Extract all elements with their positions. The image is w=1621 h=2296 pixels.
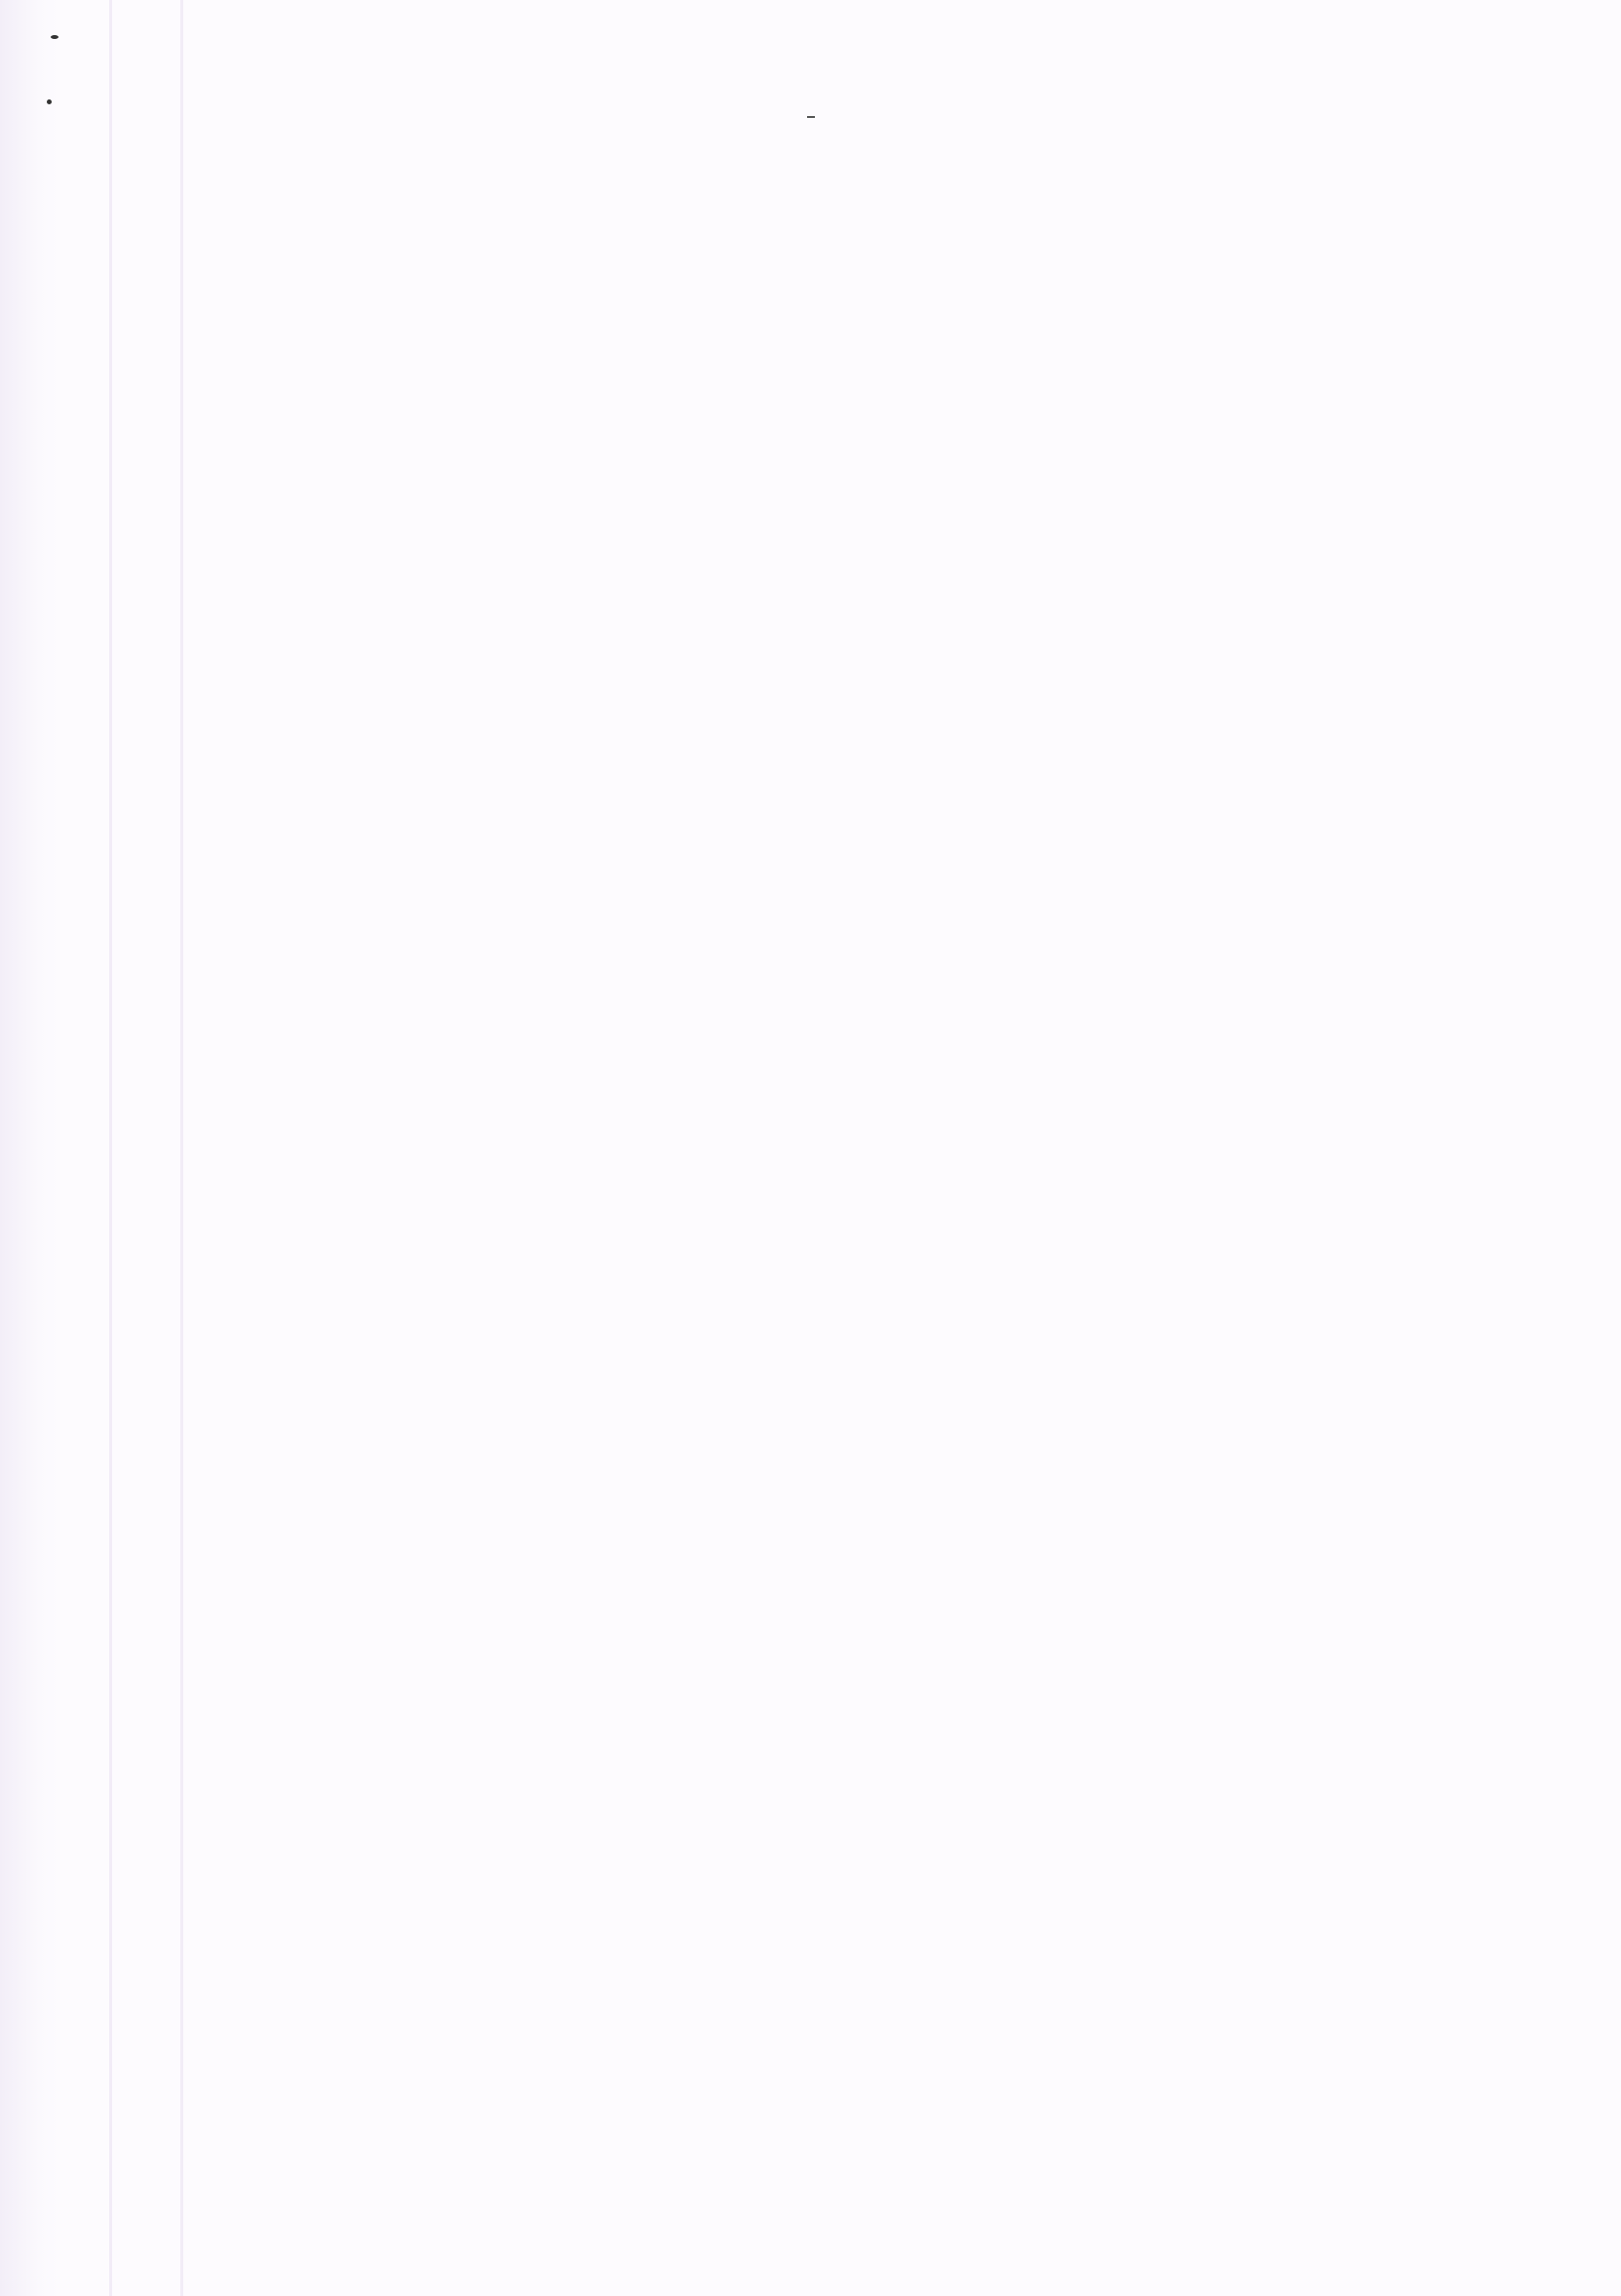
page-background bbox=[0, 0, 1621, 2296]
document-title bbox=[0, 68, 1621, 116]
scan-artifact-line bbox=[180, 0, 183, 2296]
scan-artifact-line bbox=[109, 0, 112, 2296]
scan-speck bbox=[51, 35, 58, 39]
